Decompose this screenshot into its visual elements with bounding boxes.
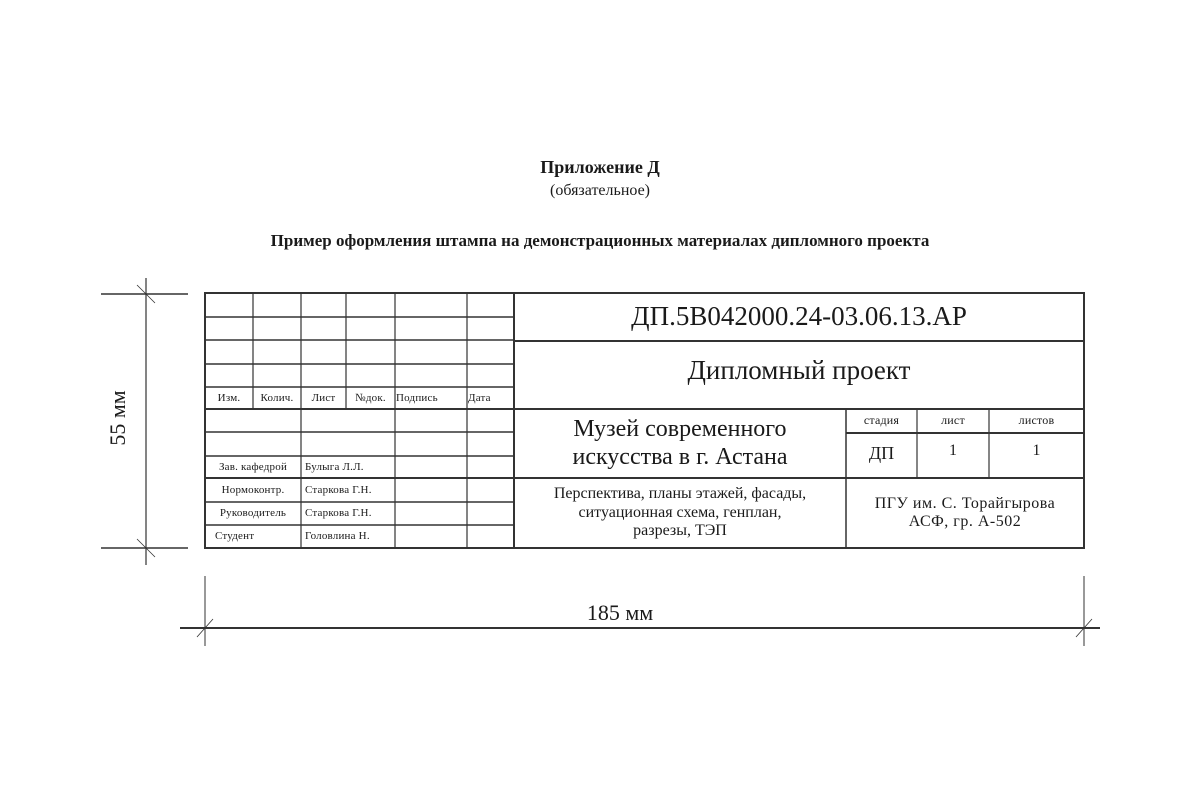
sheets-header: листов xyxy=(989,409,1084,433)
organization-line2: АСФ, гр. А-502 xyxy=(909,513,1022,531)
signature-role: Нормоконтр. xyxy=(205,478,301,502)
signature-role: Студент xyxy=(205,525,301,548)
sheets-value: 1 xyxy=(989,433,1084,469)
drawing-contents: Перспектива, планы этажей, фасады, ситуа… xyxy=(514,478,846,548)
col-header-revision: Изм. xyxy=(205,387,253,409)
stage-value: ДП xyxy=(846,433,917,473)
organization-line1: ПГУ им. С. Торайгырова xyxy=(875,495,1055,513)
signature-name: Булыга Л.Л. xyxy=(301,456,395,478)
signature-name: Старкова Г.Н. xyxy=(301,478,395,502)
col-header-sheet: Лист xyxy=(301,387,346,409)
document-code: ДП.5В042000.24-03.06.13.АР xyxy=(514,293,1084,341)
signature-name: Головлина Н. xyxy=(301,525,395,548)
col-header-doc-number: №док. xyxy=(346,387,395,409)
col-header-date: Дата xyxy=(467,387,514,409)
col-header-quantity: Колич. xyxy=(253,387,301,409)
signature-name: Старкова Г.Н. xyxy=(301,502,395,525)
signature-role: Руководитель xyxy=(205,502,301,525)
project-title: Музей современного искусства в г. Астана xyxy=(514,409,846,478)
project-title-line2: искусства в г. Астана xyxy=(572,444,787,472)
sheet-header: лист xyxy=(917,409,989,433)
signature-role: Зав. кафедрой xyxy=(205,456,301,478)
project-title-line1: Музей современного xyxy=(573,416,786,444)
contents-line3: разрезы, ТЭП xyxy=(633,522,727,540)
organization: ПГУ им. С. Торайгырова АСФ, гр. А-502 xyxy=(846,478,1084,548)
stage-header: стадия xyxy=(846,409,917,433)
contents-line2: ситуационная схема, генплан, xyxy=(579,504,782,522)
width-dimension-label: 185 мм xyxy=(560,598,680,628)
contents-line1: Перспектива, планы этажей, фасады, xyxy=(554,485,806,503)
height-dimension-label: 55 мм xyxy=(103,378,133,458)
document-type: Дипломный проект xyxy=(514,341,1084,401)
col-header-signature: Подпись xyxy=(395,387,467,409)
sheet-value: 1 xyxy=(917,433,989,469)
